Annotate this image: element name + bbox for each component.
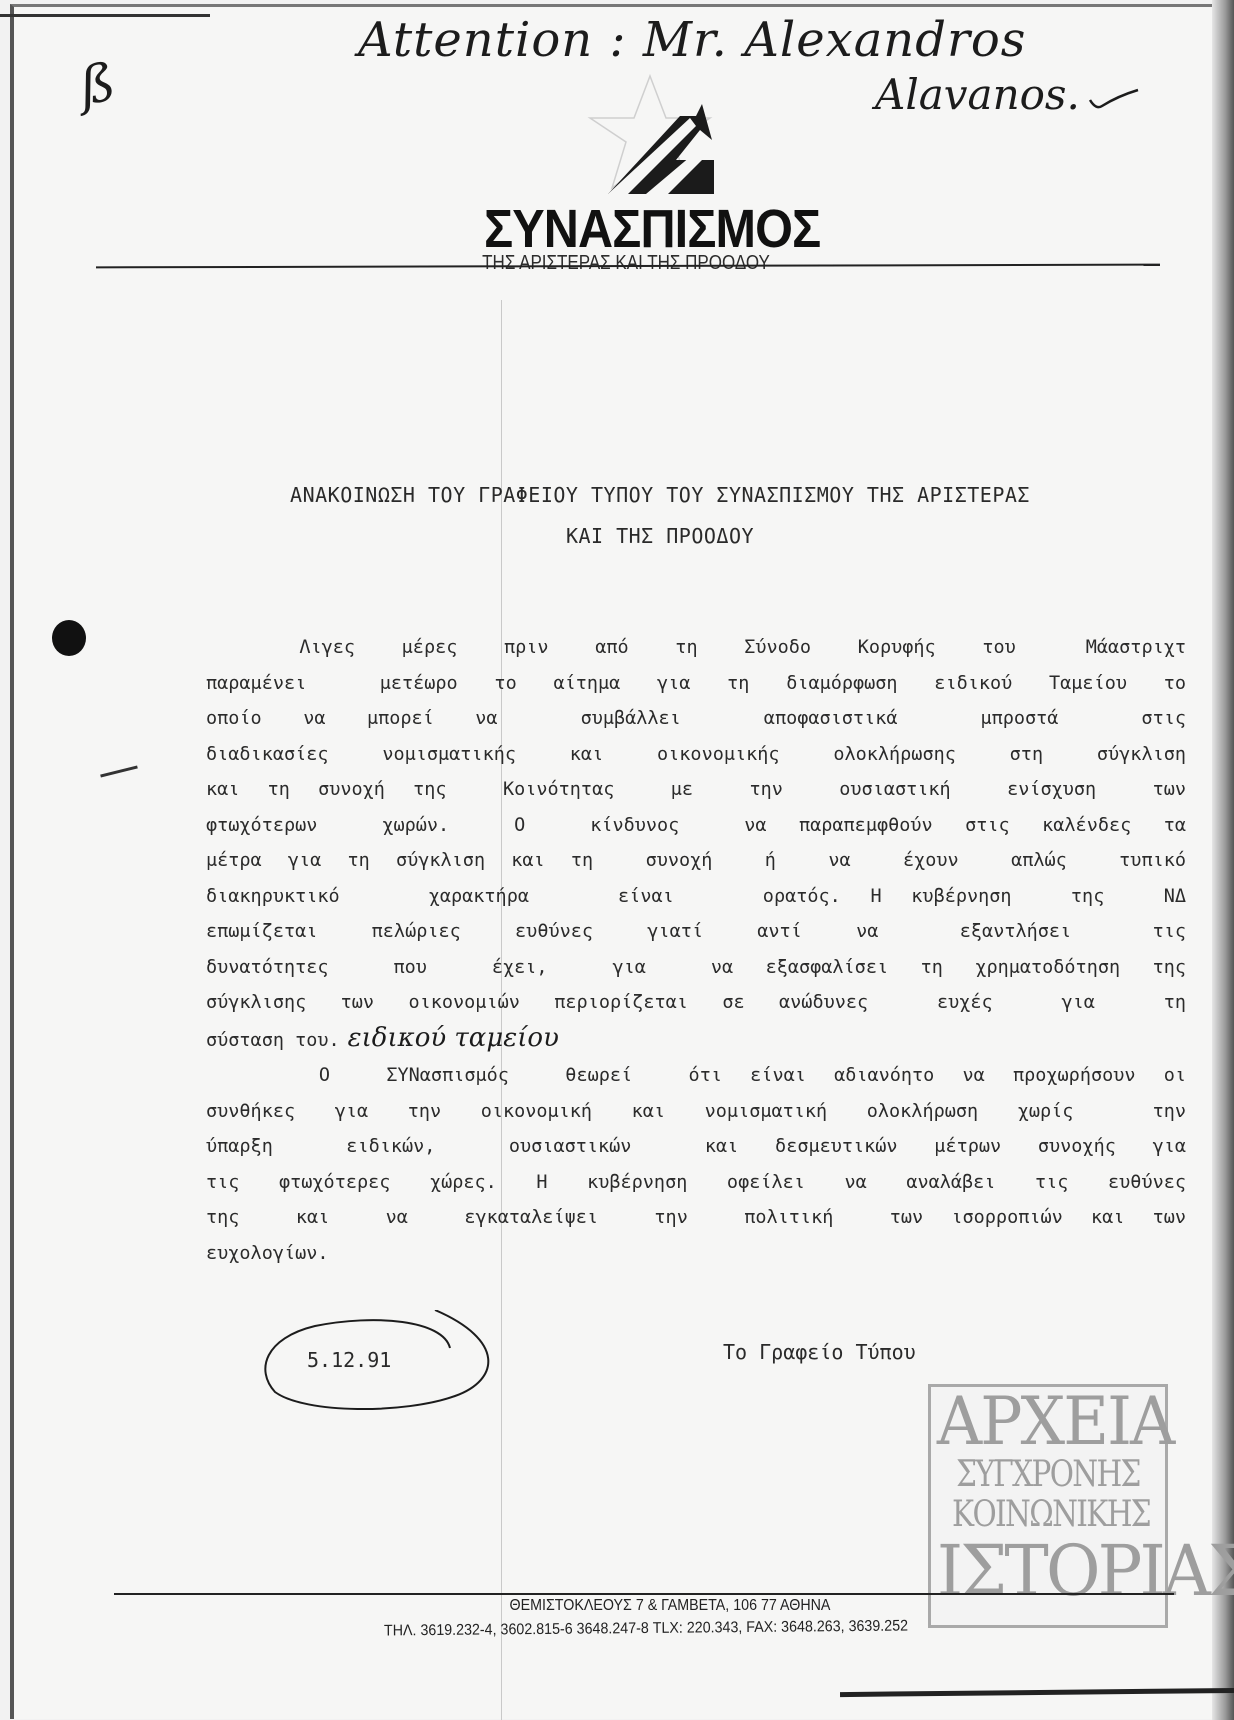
archive-stamp-line-1: ΑΡΧΕΙΑ	[937, 1389, 1159, 1455]
body-line: οποίο να μπορεί να συμβάλλει αποφασιστικ…	[206, 701, 1186, 737]
handwritten-attention-note: Attention : Mr. Alexandros	[358, 12, 1026, 68]
announcement-title-line-1: ΑΝΑΚΟΙΝΩΣΗ ΤΟΥ ΓΡΑΦΕΙΟΥ ΤΥΠΟΥ ΤΟΥ ΣΥΝΑΣΠ…	[180, 483, 1140, 507]
handwritten-insertion: ειδικού ταμείου	[348, 1023, 559, 1053]
document-date: 5.12.91	[307, 1348, 391, 1372]
body-line: παραμένει μετέωρο το αίτημα για τη διαμό…	[206, 666, 1186, 702]
handwritten-recipient-name: Alavanos.	[875, 70, 1080, 119]
body-line: σύσταση του.ειδικού ταμείου	[206, 1021, 1186, 1059]
scan-artifact	[0, 14, 210, 17]
checkmark-icon	[1088, 88, 1140, 112]
star-mountain-logo-icon	[500, 70, 740, 200]
body-line: φτωχότερων χωρών. Ο κίνδυνος να παραπεμφ…	[206, 808, 1186, 844]
archive-stamp-line-3: ΚΟΙΝΩΝΙΚΗΣ	[952, 1495, 1144, 1535]
body-line: διακηρυκτικό χαρακτήρα είναι ορατός. Η κ…	[206, 879, 1186, 915]
body-line: τις φτωχότερες χώρες. Η κυβέρνηση οφείλε…	[206, 1165, 1186, 1201]
punch-hole-mark	[52, 620, 86, 656]
body-line: και τη συνοχή της Κοινότητας με την ουσι…	[206, 772, 1186, 808]
footer-divider	[114, 1593, 1174, 1595]
archive-stamp-line-2: ΣΥΓΧΡΟΝΗΣ	[952, 1455, 1144, 1495]
footer-address: ΘΕΜΙΣΤΟΚΛΕΟΥΣ 7 & ΓΑΜΒΕΤΑ, 106 77 ΑΘΗΝΑ	[330, 1597, 1011, 1615]
signature-press-office: Το Γραφείο Τύπου	[723, 1340, 916, 1364]
body-line: διαδικασίες νομισματικής και οικονομικής…	[206, 737, 1186, 773]
party-logo: ΣΥΝΑΣΠΙΣΜΟΣ ΤΗΣ ΑΡΙΣΤΕΡΑΣ ΚΑΙ ΤΗΣ ΠΡΟΟΔΟ…	[440, 70, 800, 280]
body-line: μέτρα για τη σύγκλιση και τη συνοχή ή να…	[206, 843, 1186, 879]
scan-edge-shadow	[1212, 0, 1234, 1720]
body-line: Ο ΣΥΝασπισμός θεωρεί ότι είναι αδιανόητο…	[206, 1058, 1186, 1094]
archive-stamp: ΑΡΧΕΙΑ ΣΥΓΧΡΟΝΗΣ ΚΟΙΝΩΝΙΚΗΣ ΙΣΤΟΡΙΑΣ	[928, 1384, 1168, 1628]
body-line: της και να εγκαταλείψει την πολιτική των…	[206, 1200, 1186, 1236]
body-line: Λιγες μέρες πριν από τη Σύνοδο Κορυφής τ…	[206, 630, 1186, 666]
body-line: συνθήκες για την οικονομική και νομισματ…	[206, 1094, 1186, 1130]
body-line: ύπαρξη ειδικών, ουσιαστικών και δεσμευτι…	[206, 1129, 1186, 1165]
body-line: σύγκλισης των οικονομιών περιορίζεται σε…	[206, 985, 1186, 1021]
date-block: 5.12.91	[255, 1310, 515, 1420]
announcement-title-line-2: ΚΑΙ ΤΗΣ ΠΡΟΟΔΟΥ	[180, 524, 1140, 548]
body-line: ευχολογίων.	[206, 1236, 1186, 1272]
announcement-body: Λιγες μέρες πριν από τη Σύνοδο Κορυφής τ…	[206, 630, 1186, 1271]
party-name: ΣΥΝΑΣΠΙΣΜΟΣ	[484, 198, 772, 260]
party-subtitle: ΤΗΣ ΑΡΙΣΤΕΡΑΣ ΚΑΙ ΤΗΣ ΠΡΟΟΔΟΥ	[482, 252, 771, 275]
body-line: επωμίζεται πελώριες ευθύνες γιατί αντί ν…	[206, 914, 1186, 950]
body-line: δυνατότητες που έχει, για να εξασφαλίσει…	[206, 950, 1186, 986]
